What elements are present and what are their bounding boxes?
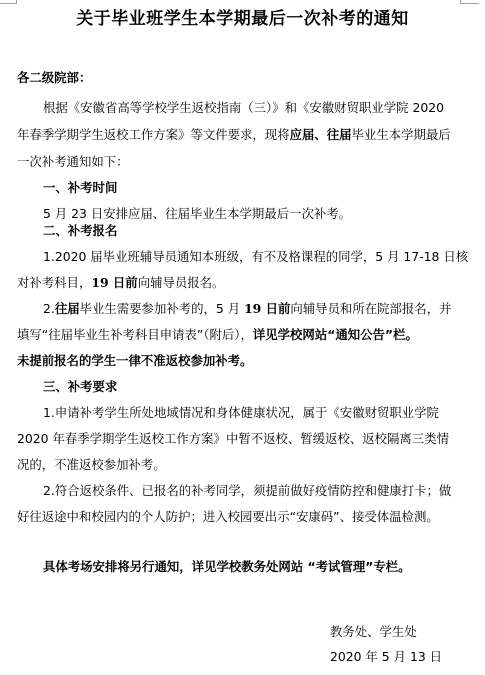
section-2-item-2-line-1: 2.往届毕业生需要参加补考的，5 月 19 日前向辅导员和所在院部报名，并 xyxy=(43,299,451,319)
section-2-item-1-line-2: 对补考科目，19 日前向辅导员报名。 xyxy=(17,273,224,293)
section-2-heading: 二、补考报名 xyxy=(43,221,117,241)
emphasis-deadline: 19 日前 xyxy=(91,275,137,290)
signature-date: 2020 年 5 月 13 日 xyxy=(330,647,442,667)
intro-line-2: 年春季学期学生返校工作方案》等文件要求，现将应届、往届毕业生本学期最后 xyxy=(17,125,451,145)
section-3-heading: 三、补考要求 xyxy=(43,377,117,397)
section-3-item-2-line-2: 好往返途中和校园内的个人防护；进入校园要出示“安康码”、接受体温检测。 xyxy=(17,507,439,527)
section-2-item-2-warning: 未提前报名的学生一律不准返校参加补考。 xyxy=(17,351,252,371)
signature-issuer: 教务处、学生处 xyxy=(330,622,417,642)
intro-line-3: 一次补考通知如下： xyxy=(17,152,129,172)
section-3-item-1-line-3: 况的，不准返校参加补考。 xyxy=(17,455,166,475)
document-title: 关于毕业班学生本学期最后一次补考的通知 xyxy=(0,4,485,34)
section-2-item-2-line-2: 填写“往届毕业生补考科目申请表”（附后），详见学校网站“通知公告”栏。 xyxy=(17,325,418,345)
section-2-item-1-line-1: 1.2020 届毕业班辅导员通知本班级，有不及格课程的同学，5 月 17-18 … xyxy=(43,247,468,267)
emphasis-grad-types: 应届、往届 xyxy=(290,127,352,142)
emphasis-deadline-2: 19 日前 xyxy=(244,301,290,316)
salutation: 各二级院部： xyxy=(17,68,91,88)
intro-line-1: 根据《安徽省高等学校学生返校指南（三）》和《安徽财贸职业学院 2020 xyxy=(43,98,444,118)
section-1-heading: 一、补考时间 xyxy=(43,178,117,198)
closing-note: 具体考场安排将另行通知，详见学校教务处网站 “考试管理”专栏。 xyxy=(43,557,411,577)
emphasis-website-notice: 详见学校网站“通知公告”栏。 xyxy=(253,327,418,342)
section-3-item-1-line-2: 2020 年春季学期学生返校工作方案》中暂不返校、暂缓返校、返校隔离三类情 xyxy=(17,429,449,449)
section-3-item-1-line-1: 1.申请补考学生所处地域情况和身体健康状况，属于《安徽财贸职业学院 xyxy=(43,403,439,423)
emphasis-former-grads: 往届 xyxy=(55,301,80,316)
section-3-item-2-line-1: 2.符合返校条件、已报名的补考同学，须提前做好疫情防控和健康打卡；做 xyxy=(43,481,451,501)
